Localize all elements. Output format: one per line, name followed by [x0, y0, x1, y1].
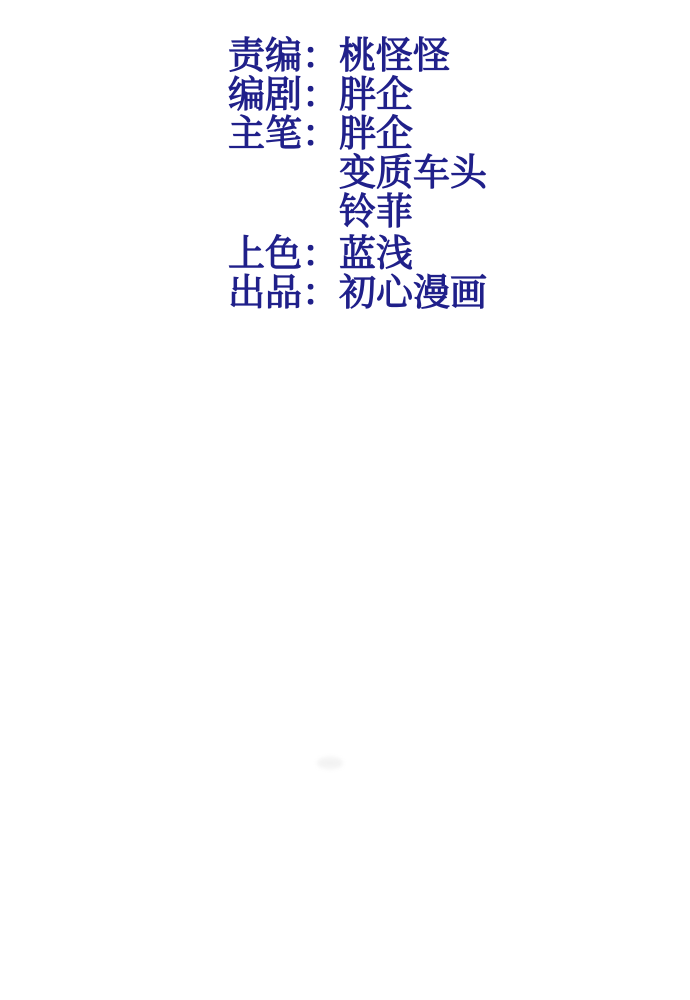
credit-name: 铃菲: [339, 192, 413, 231]
credit-name: 初心漫画: [339, 273, 487, 312]
credit-name: 蓝浅: [339, 234, 413, 273]
credit-name: 桃怪怪: [339, 36, 450, 75]
credit-row: 责编：桃怪怪: [228, 36, 487, 75]
credit-label: 编剧：: [228, 75, 339, 114]
credit-row: 上色：蓝浅: [228, 234, 487, 273]
credit-row: 编剧：胖企: [228, 75, 487, 114]
credit-label: 责编：: [228, 36, 339, 75]
credit-row: 变质车头: [228, 153, 487, 192]
credit-row: 主笔：胖企: [228, 114, 487, 153]
credit-row: 出品：初心漫画: [228, 273, 487, 312]
comic-credits-page: { "page": { "background_color": "#ffffff…: [0, 0, 690, 1000]
credit-name: 变质车头: [339, 153, 487, 192]
credit-row: 铃菲: [228, 192, 487, 231]
paper-smudge: [317, 757, 343, 769]
credit-label: 主笔：: [228, 114, 339, 153]
credit-name: 胖企: [339, 75, 413, 114]
credit-label: 上色：: [228, 234, 339, 273]
credits-block: 责编：桃怪怪编剧：胖企主笔：胖企变质车头铃菲上色：蓝浅出品：初心漫画: [228, 36, 487, 312]
credit-name: 胖企: [339, 114, 413, 153]
credit-label: 出品：: [228, 273, 339, 312]
